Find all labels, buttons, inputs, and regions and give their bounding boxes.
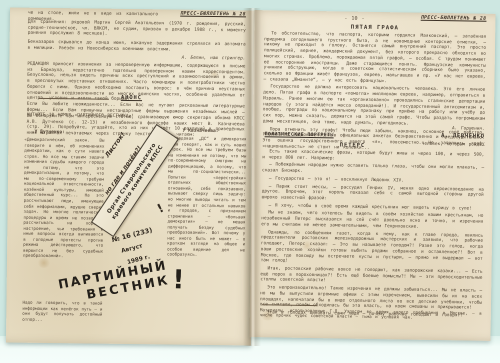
column-dutchenko-heading: У Дутченко: (30, 130, 108, 137)
stamp-exclamation: ! (155, 201, 166, 216)
article2-para: — Париж стоит мессы, — рассудил Генрих I… (262, 184, 484, 205)
article2-para: — Побеждённым народам нужно оставить тол… (262, 163, 484, 178)
para-comparison: Для сравнения: рядовой Мартин Сергей Ана… (28, 20, 246, 40)
para-beknazarov: Бекназаров скрывался до конца июня, нака… (28, 40, 246, 54)
page-number: - 10 - (324, 15, 384, 22)
article2-body: Есть такие классические фразы, которые б… (260, 149, 485, 321)
article2-para: Однажды, по сообщениям газет, когда к не… (261, 230, 484, 268)
column-kaznacheev-text: «Передовая „ДС“ и демократия прав говоря… (166, 135, 246, 328)
article2-para: Итак, ростовские рабочие вовсе не голода… (260, 266, 482, 287)
article1-para: Государство не должна интересовать нацио… (263, 85, 486, 129)
article2-footnote: Материалы, использованные Г.Д. Уэллсом в… (260, 307, 482, 321)
issue-month: Август (121, 243, 144, 254)
article2-para: Мы не знаем, чего хотелось бы видеть в с… (261, 211, 483, 232)
rubric-politicheskie-portrety: ПОЛИТИЧЕСКИЕ ПОРТРЕТЫ (265, 132, 334, 138)
left-page: че на столе, жили не в виде из капитальн… (6, 8, 255, 346)
page-fold-seam (243, 8, 261, 346)
scanned-bulletin-spread: че на столе, жили не в виде из капитальн… (0, 0, 500, 363)
article1-para: То обстоятельство, что паспорта, которым… (263, 31, 486, 86)
banner-exclamation: ! (172, 265, 185, 295)
right-page: - 10 - ПРЕСС-БЮЛЛЕТЕНЬ № 28 ПЯТАЯ ГРАФА … (249, 10, 495, 341)
signature-belin: А. Белин, наш стрингер. (129, 55, 245, 62)
column-kaznacheev-heading: У Казначеева: (179, 129, 249, 136)
page-header-right: ПРЕСС-БЮЛЛЕТЕНЬ № 28 (388, 15, 486, 22)
page-header-left: ПРЕСС-БЮЛЛЕТЕНЬ № 28 (150, 11, 246, 17)
